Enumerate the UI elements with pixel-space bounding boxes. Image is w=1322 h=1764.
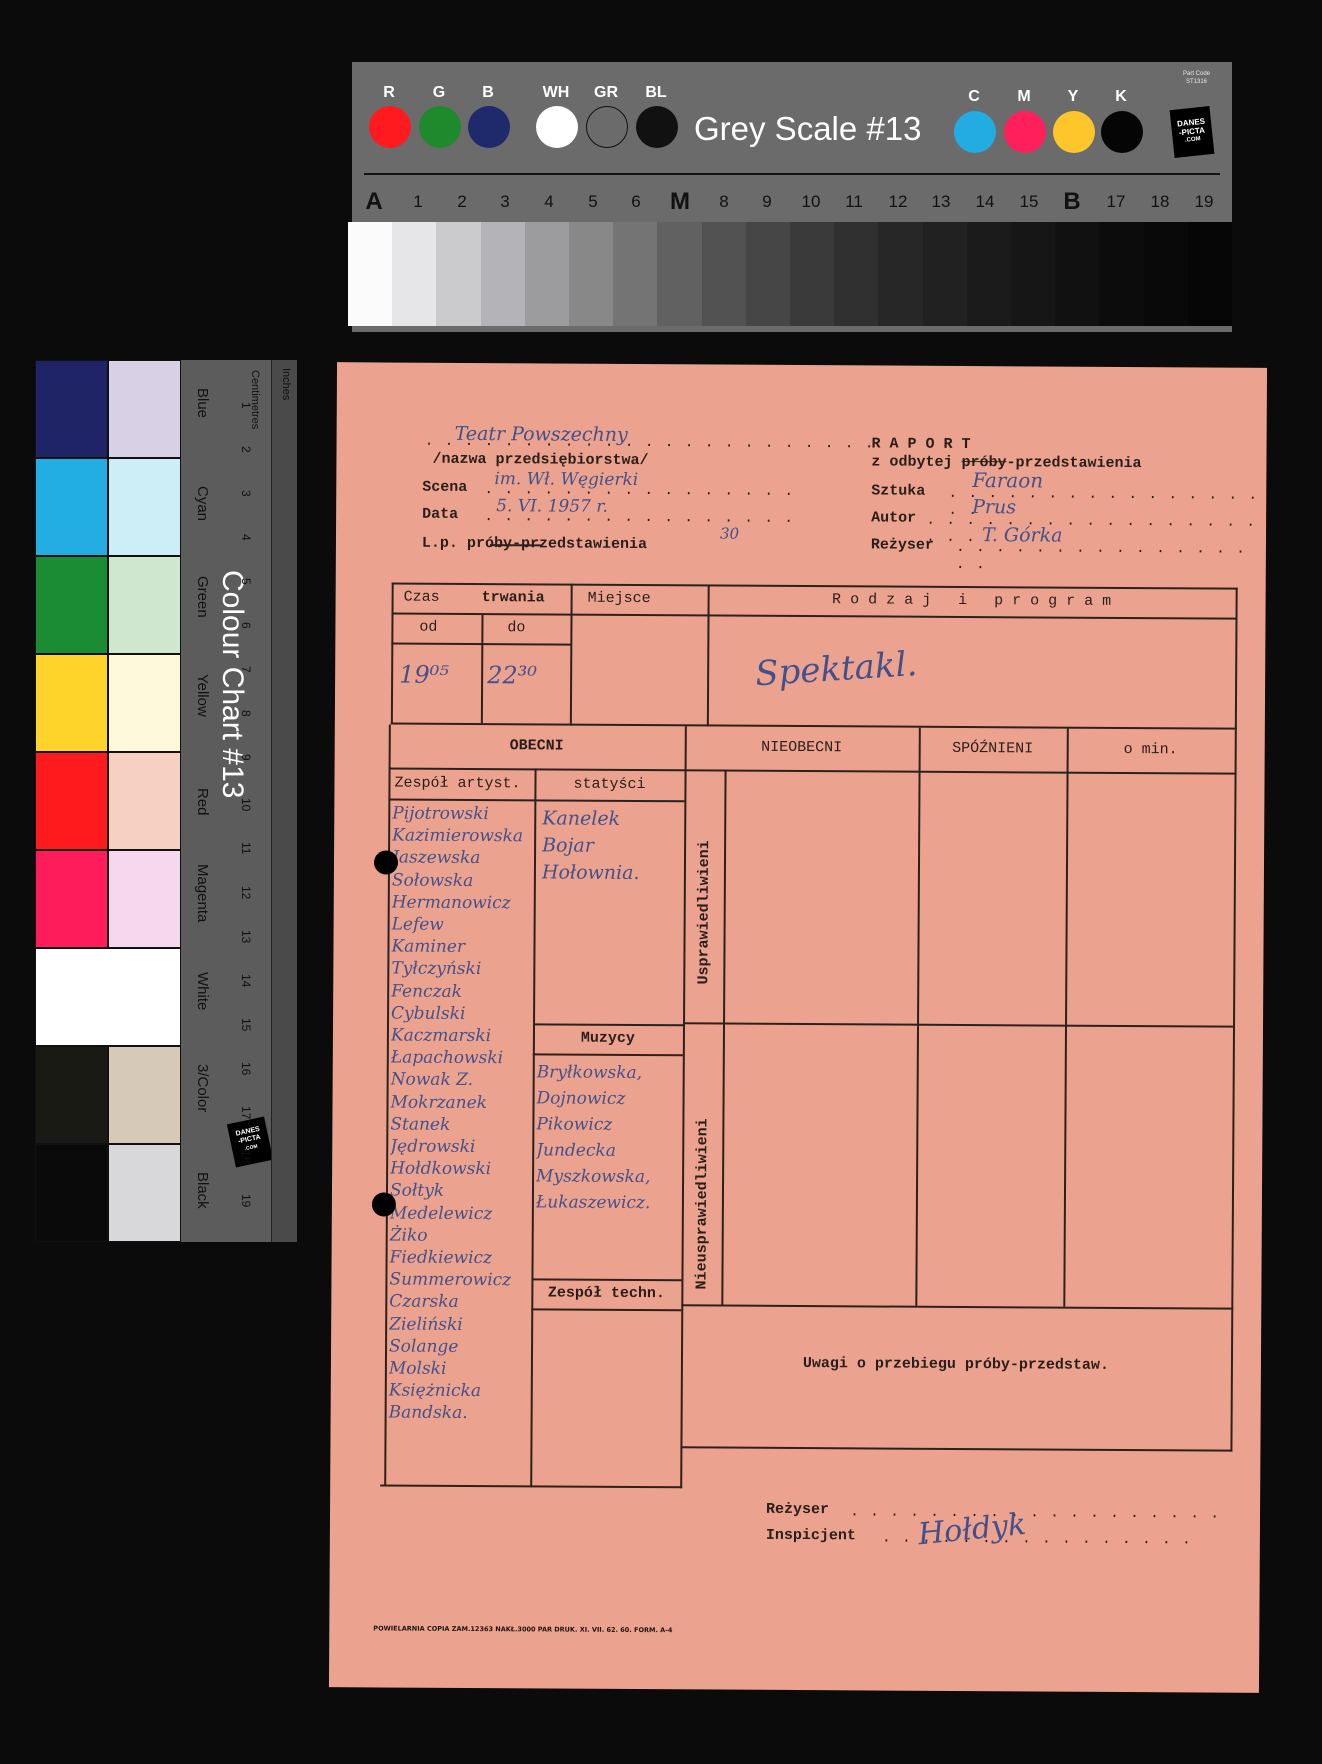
rule <box>481 613 484 723</box>
label-green: Green <box>194 576 211 618</box>
centimetres-label: Centimetres <box>249 370 261 429</box>
list-item: Bryłkowska, <box>537 1059 683 1086</box>
grey-step <box>790 222 834 326</box>
swatch-magenta <box>1004 111 1046 153</box>
colour-chart-card: Blue Cyan Green Yellow Red Magenta White… <box>35 360 297 1242</box>
list-item: Bojar <box>542 832 682 860</box>
grey-step <box>1011 222 1055 326</box>
label-3color: 3/Color <box>194 1064 211 1112</box>
swatch-grey <box>586 106 628 148</box>
trwania-label: trwania <box>482 589 545 606</box>
rehearsal-report-form: Teatr Powszechny . . . . . . . . . . . .… <box>329 362 1267 1693</box>
swatch-yellow <box>1053 111 1095 153</box>
patch-green-light <box>108 556 181 654</box>
grey-scale-step-labels: A 1 2 3 4 5 6 M 8 9 10 11 12 13 14 15 B … <box>352 192 1232 222</box>
rule <box>1230 730 1236 1452</box>
patch-cyan <box>35 458 108 556</box>
grey-scale-divider <box>364 173 1220 175</box>
report-title: R A P O R T <box>872 435 971 453</box>
step-label: 10 <box>789 192 833 212</box>
swatch-label-wh: WH <box>534 84 578 102</box>
attendance-table: OBECNI NIEOBECNI SPÓŹNIENI o min. Zespół… <box>337 362 1267 368</box>
list-item: Nowak Z. <box>391 1069 535 1092</box>
grey-step <box>834 222 878 326</box>
list-item: Zieliński <box>389 1313 533 1336</box>
zespol-techn-label: Zespół techn. <box>531 1284 681 1302</box>
rule <box>391 723 1237 730</box>
cm-tick: 15 <box>239 1018 253 1031</box>
list-item: Bandska. <box>389 1402 533 1425</box>
step-label: 1 <box>396 192 440 212</box>
grey-step <box>613 222 657 326</box>
step-label: 8 <box>702 192 746 212</box>
usprawiedliwieni-label: Usprawiedliwieni <box>695 840 713 984</box>
label-blue: Blue <box>194 388 211 418</box>
rodzaj-value: Spektakl. <box>754 644 918 694</box>
punch-hole <box>374 850 398 874</box>
list-item: Hołownia. <box>542 859 682 887</box>
rule <box>683 1022 1235 1027</box>
rule <box>391 583 394 725</box>
swatch-red <box>369 106 411 148</box>
zespol-artyst-label: Zespół artyst. <box>394 775 520 793</box>
grey-scale-swatch-row: R G B WH GR BL Grey Scale #13 C M Y K Pa… <box>352 62 1232 174</box>
list-item: Księżnicka <box>389 1380 533 1403</box>
data-label: Data <box>422 506 458 523</box>
cm-tick: 10 <box>239 798 253 811</box>
patch-red <box>35 752 108 850</box>
swatch-label-c: C <box>952 88 996 106</box>
rule <box>533 1053 683 1056</box>
list-item: Lefew <box>392 914 536 937</box>
step-label: A <box>352 188 396 216</box>
patch-red-light <box>108 752 181 850</box>
grey-step <box>746 222 790 326</box>
rule <box>389 767 1237 774</box>
swatch-blue <box>468 106 510 148</box>
step-label: 9 <box>745 192 789 212</box>
swatch-label-y: Y <box>1051 88 1095 106</box>
part-code-value: ST1316 <box>1183 78 1210 86</box>
step-label: 13 <box>919 192 963 212</box>
list-item: Jaszewska <box>392 847 536 870</box>
subtitle-prefix: z odbytej <box>871 453 961 471</box>
nieobecni-label: NIEOBECNI <box>685 738 919 756</box>
list-item: Summerowicz <box>389 1269 533 1292</box>
swatch-label-g: G <box>417 84 461 102</box>
step-label: 2 <box>440 192 484 212</box>
patch-yellow <box>35 654 108 752</box>
swatch-label-k: K <box>1099 88 1143 106</box>
obecni-label: OBECNI <box>389 736 685 755</box>
lp-value: 30 <box>720 525 739 543</box>
patch-yellow-light <box>108 654 181 752</box>
rodzaj-label: R o d z a j i p r o g r a m <box>708 590 1236 610</box>
footer-rezyser-dots: . . . . . . . . . . . . . . . . . . . <box>850 1503 1220 1522</box>
list-item: Kazimierowska <box>392 825 536 848</box>
swatch-label-bl: BL <box>634 84 678 102</box>
punch-hole <box>372 1192 396 1216</box>
cm-tick: 5 <box>239 578 253 585</box>
list-item: Myszkowska, <box>536 1163 682 1190</box>
patch-black-light <box>108 1144 181 1242</box>
time-program-table: Czas trwania Miejsce R o d z a j i p r o… <box>337 362 1267 368</box>
od-label: od <box>419 619 437 636</box>
scena-label: Scena <box>422 479 467 496</box>
colour-chart-title: Colour Chart #13 <box>215 570 249 798</box>
cm-tick: 1 <box>239 402 253 409</box>
grey-scale-title: Grey Scale #13 <box>694 110 921 148</box>
swatch-white <box>536 106 578 148</box>
rule <box>681 1304 1233 1309</box>
list-item: Kaczmarski <box>391 1025 535 1048</box>
swatch-label-gr: GR <box>584 84 628 102</box>
patch-cyan-light <box>108 458 181 556</box>
cm-tick: 14 <box>239 974 253 987</box>
patch-magenta-light <box>108 850 181 948</box>
inspicjent-label: Inspicjent <box>766 1527 856 1545</box>
swatch-green <box>419 106 461 148</box>
list-item: Solange <box>389 1335 533 1358</box>
step-label: 19 <box>1182 192 1226 212</box>
grey-step <box>1099 222 1143 326</box>
patch-blue <box>35 360 108 458</box>
list-item: Tyłczyński <box>391 958 535 981</box>
part-code-label: Part Code <box>1183 70 1210 78</box>
swatch-label-r: R <box>367 84 411 102</box>
patch-blue-light <box>108 360 181 458</box>
grey-step <box>1055 222 1099 326</box>
swatch-label-b: B <box>466 84 510 102</box>
label-cyan: Cyan <box>194 486 211 521</box>
cm-tick: 11 <box>239 842 253 854</box>
step-label: 17 <box>1094 192 1138 212</box>
step-label: 12 <box>876 192 920 212</box>
ruler: Inches <box>271 360 297 1242</box>
step-label: 15 <box>1007 192 1051 212</box>
cm-tick: 12 <box>239 886 253 899</box>
o-min-label: o min. <box>1067 741 1235 759</box>
step-label: 4 <box>527 192 571 212</box>
cm-tick: 7 <box>239 666 253 673</box>
company-dots: . . . . . . . . . . . . . . . . . . . . … <box>425 433 875 453</box>
do-value: 22³⁰ <box>487 661 537 689</box>
label-magenta: Magenta <box>194 864 211 922</box>
statysci-label: statyści <box>534 775 684 793</box>
patch-magenta <box>35 850 108 948</box>
autor-label: Autor <box>871 509 916 526</box>
cm-tick: 2 <box>239 446 253 453</box>
list-item: Kaminer <box>391 936 535 959</box>
grey-step <box>525 222 569 326</box>
list-item: Pijotrowski <box>392 803 536 826</box>
muzycy-list: Bryłkowska, Dojnowicz Pikowicz Jundecka … <box>536 1059 683 1216</box>
grey-step <box>923 222 967 326</box>
company-label: /nazwa przedsiębiorstwa/ <box>432 451 648 469</box>
cm-tick: 8 <box>239 710 253 717</box>
uwagi-label: Uwagi o przebiegu próby-przedstaw. <box>681 1354 1231 1374</box>
step-label: 6 <box>614 192 658 212</box>
rule <box>531 1308 681 1311</box>
label-black: Black <box>194 1172 211 1209</box>
grey-step <box>569 222 613 326</box>
grey-step <box>348 222 392 326</box>
rezyser-dots: . . . . . . . . . . . . . . . . . <box>956 539 1266 575</box>
muzycy-label: Muzycy <box>533 1029 683 1047</box>
label-yellow: Yellow <box>194 674 211 717</box>
step-label: 18 <box>1138 192 1182 212</box>
rule <box>1063 729 1069 1307</box>
patch-black <box>35 1144 108 1242</box>
list-item: Stanek <box>390 1113 534 1136</box>
rule <box>680 1446 1232 1451</box>
list-item: Dojnowicz <box>536 1085 682 1112</box>
zespol-artyst-list: Pijotrowski Kazimierowska Jaszewska Soło… <box>389 803 537 1426</box>
footer-rezyser-label: Reżyser <box>766 1501 829 1518</box>
cm-tick: 9 <box>239 754 253 761</box>
step-label: M <box>658 188 702 216</box>
czas-label: Czas <box>404 589 440 606</box>
swatch-key-black <box>1101 111 1143 153</box>
cm-tick: 17 <box>239 1106 253 1119</box>
list-item: Czarska <box>389 1291 533 1314</box>
rezyser-label: Reżyser <box>871 536 934 553</box>
label-red: Red <box>194 788 211 816</box>
patch-white <box>35 948 181 1046</box>
list-item: Hołdkowski <box>390 1158 534 1181</box>
list-item: Fenczak <box>391 980 535 1003</box>
rule <box>570 584 573 726</box>
grey-scale-card: R G B WH GR BL Grey Scale #13 C M Y K Pa… <box>352 62 1232 332</box>
list-item: Fiedkiewicz <box>390 1247 534 1270</box>
list-item: Medelewicz <box>390 1202 534 1225</box>
list-item: Cybulski <box>391 1002 535 1025</box>
list-item: Żiko <box>390 1224 534 1247</box>
statysci-list: Kanelek Bojar Hołownia. <box>542 805 682 887</box>
rule <box>915 728 921 1306</box>
list-item: Kanelek <box>542 805 682 833</box>
colour-chart-grid <box>35 360 181 1242</box>
list-item: Pikowicz <box>536 1111 682 1138</box>
cm-tick: 16 <box>239 1062 253 1075</box>
grey-step <box>436 222 480 326</box>
spoznieni-label: SPÓŹNIENI <box>919 740 1067 758</box>
grey-step <box>392 222 436 326</box>
swatch-label-m: M <box>1002 88 1046 106</box>
part-code: Part Code ST1316 <box>1183 70 1210 86</box>
label-white: White <box>194 972 211 1010</box>
rule <box>531 1278 681 1281</box>
grey-scale-strip <box>348 222 1232 326</box>
lp-strikethrough <box>490 544 542 546</box>
list-item: Łapachowski <box>391 1047 535 1070</box>
od-value: 19⁰⁵ <box>399 661 449 689</box>
swatch-black <box>636 106 678 148</box>
step-label: 5 <box>571 192 615 212</box>
step-label: 3 <box>483 192 527 212</box>
patch-3color-light <box>108 1046 181 1144</box>
rule <box>533 1023 683 1026</box>
grey-step <box>1188 222 1232 326</box>
inches-label: Inches <box>280 368 292 400</box>
grey-step <box>481 222 525 326</box>
cm-tick: 3 <box>239 490 253 497</box>
list-item: Sołowska <box>392 869 536 892</box>
nieusprawiedliwieni-label: Nieusprawiedliwieni <box>693 1118 711 1289</box>
grey-step <box>967 222 1011 326</box>
step-label: B <box>1050 188 1094 216</box>
step-label: 11 <box>832 192 876 212</box>
list-item: Hermanowicz <box>392 891 536 914</box>
miejsce-value <box>573 654 705 655</box>
list-item: Jundecka <box>536 1137 682 1164</box>
grey-step <box>1144 222 1188 326</box>
data-dots: . . . . . . . . . . . . . . . . <box>484 508 794 527</box>
patch-green <box>35 556 108 654</box>
list-item: Jędrowski <box>390 1136 534 1159</box>
miejsce-label: Miejsce <box>588 590 651 607</box>
rule <box>721 770 726 1305</box>
print-note: POWIELARNIA COPIA ZAM.12363 NAKŁ.3000 PA… <box>373 1624 672 1634</box>
list-item: Sołtyk <box>390 1180 534 1203</box>
list-item: Łukaszewicz. <box>536 1189 682 1216</box>
cm-tick: 18 <box>239 1150 253 1163</box>
swatch-cyan <box>954 111 996 153</box>
patch-3color <box>35 1046 108 1144</box>
list-item: Molski <box>389 1358 533 1381</box>
grey-step <box>702 222 746 326</box>
danes-picta-logo: DANES -PICTA .COM <box>1170 106 1215 158</box>
cm-tick: 19 <box>239 1194 253 1207</box>
sztuka-label: Sztuka <box>871 482 925 499</box>
do-label: do <box>507 619 525 636</box>
grey-step <box>878 222 922 326</box>
list-item: Mokrzanek <box>390 1091 534 1114</box>
cm-tick: 13 <box>239 930 253 943</box>
cm-tick: 4 <box>239 534 253 541</box>
step-label: 14 <box>963 192 1007 212</box>
cm-tick: 6 <box>239 622 253 629</box>
grey-step <box>657 222 701 326</box>
